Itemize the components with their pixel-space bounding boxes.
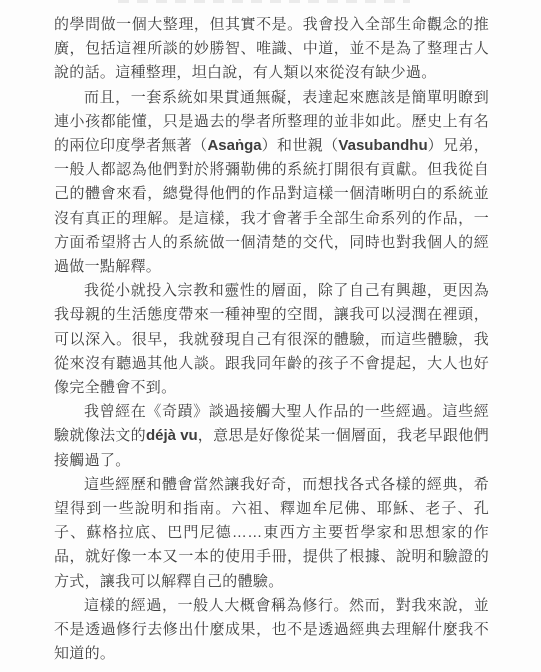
paragraph: 這樣的經過，一般人大概會稱為修行。然而，對我來說，並不是透過修行去修出什麼成果，… — [54, 594, 489, 667]
paragraph: 這些經歷和體會當然讓我好奇，而想找各式各樣的經典，希望得到一些說明和指南。六祖、… — [54, 473, 489, 594]
paragraph: 我從小就投入宗教和靈性的層面，除了自己有興趣，更因為我母親的生活態度帶來一種神聖… — [54, 279, 489, 400]
text-run: ）和世親（ — [262, 137, 339, 154]
emphasis-term: Asaṅga — [207, 137, 261, 154]
emphasis-term: Vasubandhu — [338, 137, 427, 154]
text-run: 這些經歷和體會當然讓我好奇，而想找各式各樣的經典，希望得到一些說明和指南。六祖、… — [54, 476, 489, 590]
book-page: 的學問做一個大整理，但其實不是。我會投入全部生命觀念的推廣，包括這裡所談的妙勝智… — [0, 0, 541, 672]
text-run: 這樣的經過，一般人大概會稱為修行。然而，對我來說，並不是透過修行去修出什麼成果，… — [54, 597, 489, 662]
emphasis-term: déjà vu — [146, 427, 198, 444]
paragraph: 我曾經在《奇蹟》談過接觸大聖人作品的一些經過。這些經驗就像法文的déjà vu，… — [54, 400, 489, 473]
body-text: 的學問做一個大整理，但其實不是。我會投入全部生命觀念的推廣，包括這裡所談的妙勝智… — [54, 13, 489, 666]
clipped-header-fragment — [118, 0, 410, 3]
text-run: 的學問做一個大整理，但其實不是。我會投入全部生命觀念的推廣，包括這裡所談的妙勝智… — [54, 16, 489, 81]
text-run: 我從小就投入宗教和靈性的層面，除了自己有興趣，更因為我母親的生活態度帶來一種神聖… — [54, 282, 489, 396]
paragraph: 的學問做一個大整理，但其實不是。我會投入全部生命觀念的推廣，包括這裡所談的妙勝智… — [54, 13, 489, 86]
paragraph: 而且，一套系統如果貫通無礙，表達起來應該是簡單明瞭到連小孩都能懂，只是過去的學者… — [54, 86, 489, 280]
text-run: ）兄弟，一般人都認為他們對於將彌勒佛的系統打開很有貢獻。但我從自己的體會來看，總… — [54, 137, 489, 275]
